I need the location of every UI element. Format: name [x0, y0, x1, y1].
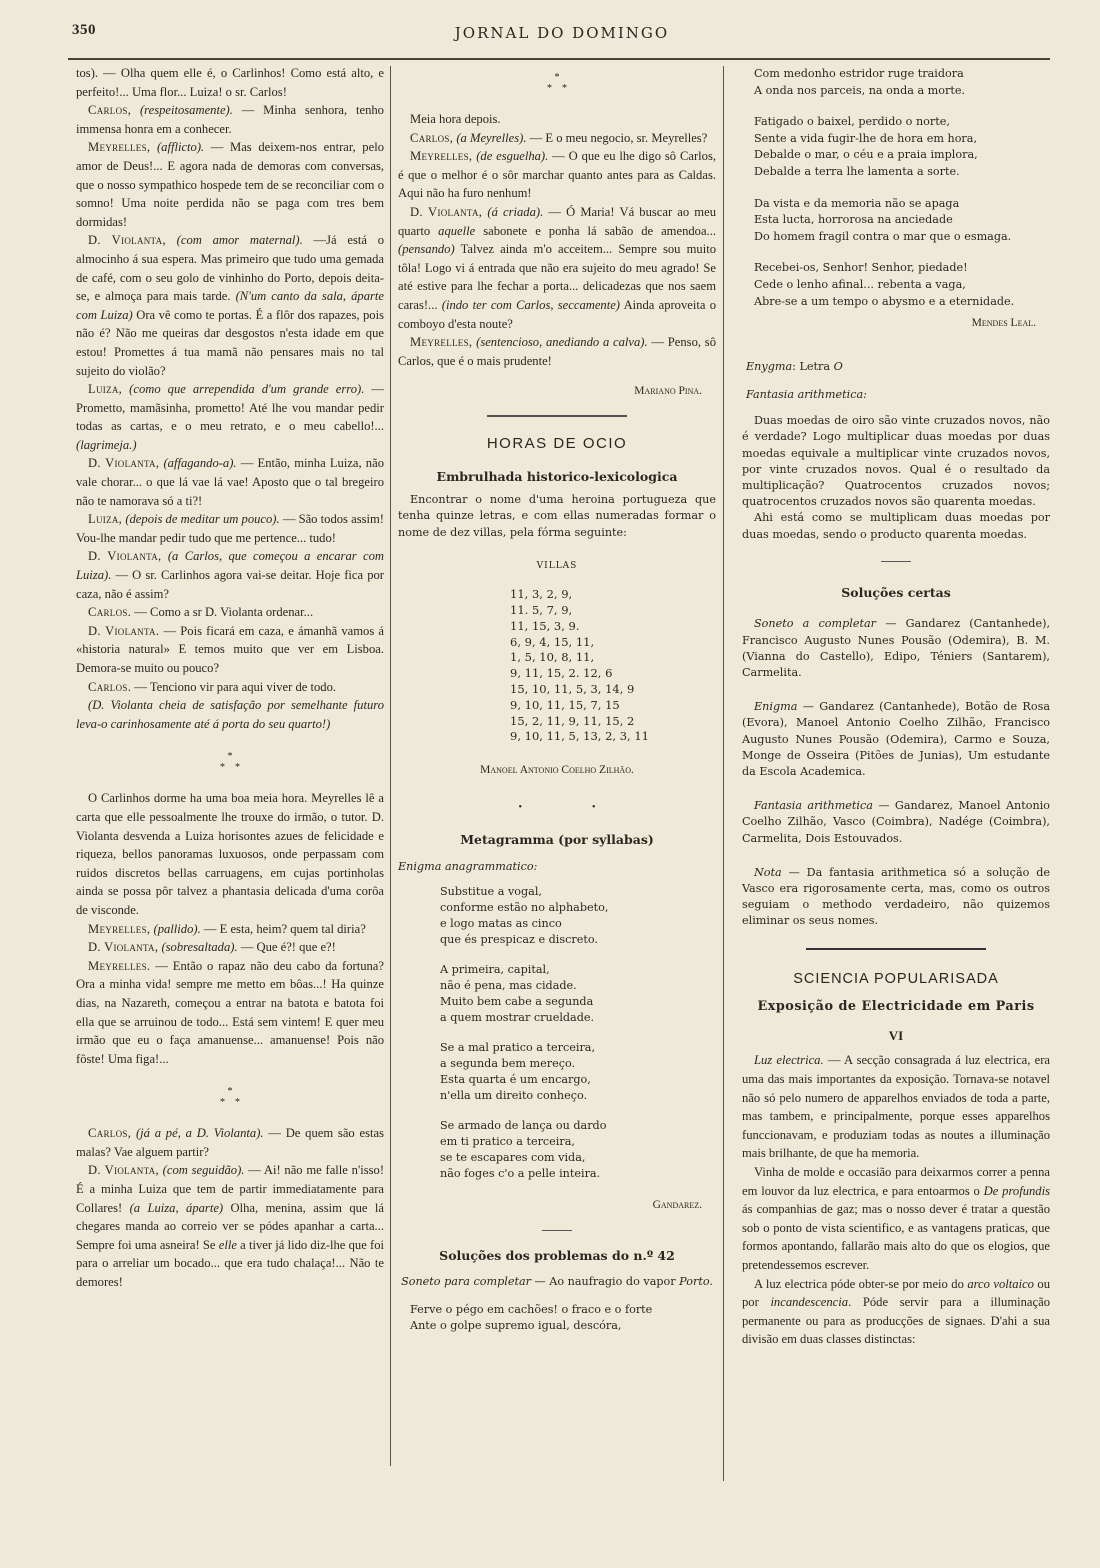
section-break-asterism: ** *	[398, 72, 716, 94]
article-paragraph: Luz electrica. — A secção consagrada á l…	[742, 1051, 1050, 1163]
verse-line: Do homem fragil contra o mar que o esmag…	[754, 229, 1050, 246]
villa-row: 11. 5, 7, 9,	[510, 603, 716, 619]
dialogue-carlos: Carlos, (respeitosamente). — Minha senho…	[76, 101, 384, 138]
newspaper-page: 350 JORNAL DO DOMINGO tos). — Olha quem …	[0, 0, 1100, 1568]
verse-line: n'ella um direito conheço.	[440, 1088, 716, 1104]
verse-line: Se a mal pratico a terceira,	[440, 1040, 716, 1056]
dialogue-violanta: D. Violanta. — Pois ficará em caza, e ám…	[76, 622, 384, 678]
verse-line: Esta quarta é um encargo,	[440, 1072, 716, 1088]
article-paragraph: A luz electrica póde obter-se por meio d…	[742, 1275, 1050, 1349]
dialogue-violanta: D. Violanta, (a Carlos, que começou a en…	[76, 547, 384, 603]
enigma-answer: Enygma: Letra O	[746, 359, 1050, 375]
dialogue-meyrelles: Meyrelles, (afflicto). — Mas deixem-nos …	[76, 138, 384, 231]
villa-row: 11, 3, 2, 9,	[510, 587, 716, 603]
verse-line: conforme estão no alphabeto,	[440, 900, 716, 916]
villas-number-list: 11, 3, 2, 9, 11. 5, 7, 9, 11, 15, 3, 9. …	[510, 587, 716, 745]
dialogue-luiza: Luiza, (como que arrependida d'um grande…	[76, 380, 384, 454]
short-rule	[542, 1230, 572, 1231]
verse-line: Se armado de lança ou dardo	[440, 1118, 716, 1134]
section-rule	[806, 948, 986, 950]
narrative-paragraph: O Carlinhos dorme ha uma boa meia hora. …	[76, 789, 384, 919]
villa-row: 9, 10, 11, 5, 13, 2, 3, 11	[510, 729, 716, 745]
author-signature: Gandarez.	[398, 1196, 716, 1215]
puzzle-title: Metagramma (por syllabas)	[398, 831, 716, 850]
fantasia-label: Fantasia arithmetica:	[746, 387, 1050, 403]
verse-line: Cede o lenho afinal... rebenta a vaga,	[754, 277, 1050, 294]
article-subtitle: Exposição de Electricidade em Paris	[742, 998, 1050, 1017]
column-2: ** * Meia hora depois. Carlos, (a Meyrel…	[398, 64, 716, 1334]
short-rule	[881, 561, 911, 562]
dialogue-violanta: D. Violanta, (com seguidão). — Ai! não m…	[76, 1161, 384, 1291]
verse-line: Sente a vida fugir-lhe de hora em hora,	[754, 131, 1050, 148]
verse-line: Muito bem cabe a segunda	[440, 994, 716, 1010]
puzzle-label: Enigma anagrammatico:	[398, 859, 716, 875]
verse-line: não é pena, mas cidade.	[440, 978, 716, 994]
verse-line: Com medonho estridor ruge traidora	[754, 66, 1050, 83]
column-3: Com medonho estridor ruge traidora A ond…	[742, 66, 1050, 1349]
verse-line: se te escapares com vida,	[440, 1150, 716, 1166]
page-header: 350 JORNAL DO DOMINGO	[72, 20, 1052, 48]
verse-line: a segunda bem mereço.	[440, 1056, 716, 1072]
dialogue-violanta: D. Violanta, (affagando-a). — Então, min…	[76, 454, 384, 510]
dialogue-carlos: Carlos, (a Meyrelles). — E o meu negocio…	[398, 129, 716, 148]
dialogue-carlos: Carlos. — Tenciono vir para aqui viver d…	[76, 678, 384, 697]
villa-row: 6, 9, 4, 15, 11,	[510, 635, 716, 651]
verse-line: Da vista e da memoria não se apaga	[754, 196, 1050, 213]
column-divider-1	[390, 66, 391, 1466]
verse-line: e logo matas as cinco	[440, 916, 716, 932]
verse-line: Esta lucta, horrorosa na anciedade	[754, 212, 1050, 229]
verse-line: Recebei-os, Senhor! Senhor, piedade!	[754, 260, 1050, 277]
sonnet-verse-continued: Com medonho estridor ruge traidora A ond…	[754, 66, 1050, 310]
column-divider-2	[723, 66, 724, 1481]
villa-row: 9, 10, 11, 15, 7, 15	[510, 698, 716, 714]
verse-line: que és prespicaz e discreto.	[440, 932, 716, 948]
stanza: A primeira, capital, não é pena, mas cid…	[440, 962, 716, 1026]
dialogue-carlos: Carlos, (já a pé, a D. Violanta). — De q…	[76, 1124, 384, 1161]
dialogue-violanta: D. Violanta, (sobresaltada). — Que é?! q…	[76, 938, 384, 957]
article-paragraph: Vinha de molde e occasião para deixarmos…	[742, 1163, 1050, 1275]
verse-line: A onda nos parceis, na onda a morte.	[754, 83, 1050, 100]
author-signature: Mariano Pina.	[398, 382, 716, 401]
villa-row: 11, 15, 3, 9.	[510, 619, 716, 635]
dialogue-meyrelles: Meyrelles. — Então o rapaz não deu cabo …	[76, 957, 384, 1069]
author-signature: Manoel Antonio Coelho Zilhão.	[398, 761, 716, 780]
dialogue-violanta: D. Violanta, (á criada). — Ó Maria! Vá b…	[398, 203, 716, 333]
verse-line: Debalde o mar, o céu e a praia implora,	[754, 147, 1050, 164]
article-part-number: VI	[742, 1027, 1050, 1046]
stanza: Recebei-os, Senhor! Senhor, piedade! Ced…	[754, 260, 1050, 310]
sonnet-verse: Ferve o pégo em cachões! o fraco e o for…	[410, 1302, 716, 1334]
solutions-title: Soluções dos problemas do n.º 42	[398, 1247, 716, 1266]
author-signature: Mendes Leal.	[742, 314, 1050, 333]
paragraph: tos). — Olha quem elle é, o Carlinhos! C…	[76, 64, 384, 101]
solution-entry: Fantasia arithmetica — Gandarez, Manoel …	[742, 798, 1050, 847]
dialogue-luiza: Luiza, (depois de meditar um pouco). — S…	[76, 510, 384, 547]
verse-line: Debalde a terra lhe lamenta a sorte.	[754, 164, 1050, 181]
stanza: Substitue a vogal, conforme estão no alp…	[440, 884, 716, 948]
verse-line: Ante o golpe supremo igual, descóra,	[410, 1318, 716, 1334]
sonnet-heading: Soneto para completar — Ao naufragio do …	[398, 1274, 716, 1290]
villa-row: 15, 2, 11, 9, 11, 15, 2	[510, 714, 716, 730]
verse-line: não foges c'o a pelle inteira.	[440, 1166, 716, 1182]
puzzle-text: Encontrar o nome d'uma heroina portuguez…	[398, 492, 716, 541]
dialogue-meyrelles: Meyrelles, (sentencioso, anediando a cal…	[398, 333, 716, 370]
header-rule	[68, 58, 1050, 60]
dialogue-meyrelles: Meyrelles, (pallido). — E esta, heim? qu…	[76, 920, 384, 939]
fantasia-text: Duas moedas de oiro são vinte cruzados n…	[742, 413, 1050, 510]
verse-line: Substitue a vogal,	[440, 884, 716, 900]
column-1: tos). — Olha quem elle é, o Carlinhos! C…	[76, 64, 384, 1292]
stanza: Fatigado o baixel, perdido o norte, Sent…	[754, 114, 1050, 180]
section-title-sciencia: SCIENCIA POPULARISADA	[742, 970, 1050, 989]
stanza: Se armado de lança ou dardo em ti pratic…	[440, 1118, 716, 1182]
masthead-title: JORNAL DO DOMINGO	[72, 24, 1052, 42]
dialogue-violanta: D. Violanta, (com amor maternal). —Já es…	[76, 231, 384, 380]
verse-line: Abre-se a um tempo o abysmo e a eternida…	[754, 294, 1050, 311]
villa-row: 1, 5, 10, 8, 11,	[510, 650, 716, 666]
section-rule	[487, 415, 627, 417]
villas-label: VILLAS	[398, 557, 716, 576]
section-break-asterism: ** *	[76, 751, 384, 773]
section-break-dots: • •	[398, 802, 716, 813]
section-title-horas-de-ocio: HORAS DE OCIO	[398, 435, 716, 454]
verse-line: A primeira, capital,	[440, 962, 716, 978]
puzzle-title: Embrulhada historico-lexicologica	[398, 468, 716, 487]
verse-line: Fatigado o baixel, perdido o norte,	[754, 114, 1050, 131]
villa-row: 9, 11, 15, 2. 12, 6	[510, 666, 716, 682]
solution-entry: Soneto a completar — Gandarez (Cantanhed…	[742, 616, 1050, 681]
verse-line: a quem mostrar crueldade.	[440, 1010, 716, 1026]
stanza: Com medonho estridor ruge traidora A ond…	[754, 66, 1050, 99]
villa-row: 15, 10, 11, 5, 3, 14, 9	[510, 682, 716, 698]
verse-line: em ti pratico a terceira,	[440, 1134, 716, 1150]
stanza: Se a mal pratico a terceira, a segunda b…	[440, 1040, 716, 1104]
solutions-correct-title: Soluções certas	[742, 584, 1050, 603]
dialogue-meyrelles: Meyrelles, (de esguelha). — O que eu lhe…	[398, 147, 716, 203]
verse-line: Ferve o pégo em cachões! o fraco e o for…	[410, 1302, 716, 1318]
stanza: Da vista e da memoria não se apaga Esta …	[754, 196, 1050, 246]
puzzle-verse: Substitue a vogal, conforme estão no alp…	[440, 884, 716, 1182]
solution-entry: Enigma — Gandarez (Cantanhede), Botão de…	[742, 699, 1050, 780]
dialogue-carlos: Carlos. — Como a sr D. Violanta ordenar.…	[76, 603, 384, 622]
section-break-asterism: ** *	[76, 1086, 384, 1108]
paragraph: Meia hora depois.	[398, 110, 716, 129]
fantasia-text: Ahi está como se multiplicam duas moedas…	[742, 510, 1050, 542]
stage-direction: (D. Violanta cheia de satisfação por sem…	[76, 696, 384, 733]
note-entry: Nota — Da fantasia arithmetica só a solu…	[742, 865, 1050, 930]
